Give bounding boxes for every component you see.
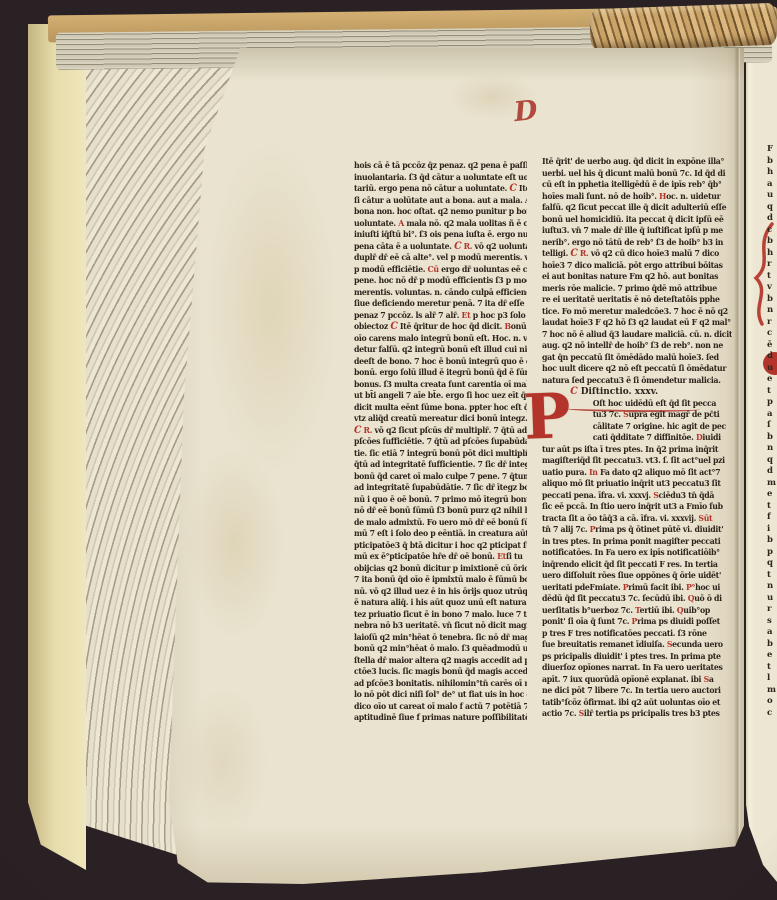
text-line: bonū uel homicidiū. ita peccat q̄ dicit … — [542, 214, 732, 226]
text-line: iniuſti iq̄ſtū bi°. ſ3 ois pena iuſta ē.… — [354, 229, 527, 241]
rubric-mark: C — [390, 321, 397, 332]
text-line: dēdū q̄d ſit peccatu3 7c. ſecūdū ibi. Qu… — [542, 593, 732, 605]
rubric-mark: A — [398, 218, 404, 228]
text-line: C Diſtinctio. xxxv. — [542, 386, 732, 398]
text-line: ueritati pdeFmiate. Primū facit ibi. P°h… — [542, 582, 732, 594]
rubric-mark: P° — [686, 582, 695, 592]
text-line: ad integritatē ſupabūdātie. 7 ſic dr̄ īt… — [354, 482, 527, 494]
paper-stain — [178, 688, 268, 838]
text-line: ctōe3 lucis. ſic magis bonū q̄d magis ac… — [354, 666, 527, 678]
page-verso: D hois cā ē tā pccōz q̄z penaz. q2 pena … — [148, 48, 744, 884]
rubric-mark: S — [704, 674, 709, 684]
text-line: mū 7 eſt i ſolo deo p eēntiā. in creatur… — [354, 528, 527, 540]
text-column-left: hois cā ē tā pccōz q̄z penaz. q2 pena ē … — [354, 160, 538, 728]
rubric-mark: S — [579, 708, 584, 718]
text-line: tez priuatio ſicut ē in bono 7 malo. luc… — [354, 609, 527, 621]
text-line: p tres F tres notificatōes peccati. ſ3 r… — [542, 628, 732, 640]
text-column-right: Itē q̄rit' de uerbo aug. q̄d dicit in ex… — [542, 156, 744, 728]
text-line: laioſū q2 min°hēat ō tenebra. ſic nō dr̄… — [354, 632, 527, 644]
text-line: tn̄ 7 alij 7c. Prima ps q̄ ōtinet pūtē v… — [542, 524, 732, 536]
text-line: ps pricipalis diuidit' i ptes tres. In p… — [542, 651, 732, 663]
gutter-fold — [734, 48, 740, 858]
text-line: notificatōes. In Fa uero ex ipīs notific… — [542, 547, 732, 559]
text-line: pticipatōe3 q̄ btā dicitur i hoc q2 ptic… — [354, 540, 527, 552]
rubric-mark: P — [623, 582, 629, 592]
rubric-mark: P — [590, 524, 596, 534]
text-line: laudat hoīe3 F q2 hō ſ3 q2 laudat eū F q… — [542, 317, 732, 329]
text-line: natura ſed peccatu3 ē ſi ōmendetur malic… — [542, 375, 732, 387]
text-line: apīt. 7 iux quorūdā opīonē explanat. ibi… — [542, 674, 732, 686]
recto-text-fragments: F b h a u q d c b h r t v b n r c ē d u … — [767, 144, 777, 784]
text-line: de malo admixtū. Fo uero mō dr̄ eē bonū … — [354, 517, 527, 529]
text-line: ut bt̄i angeli 7 aīe bt̄e. ergo ſi hoc u… — [354, 390, 527, 402]
text-line: inq̄rendo elicit q̄d ſit peccati F res. … — [542, 559, 732, 571]
text-line: nebra nō b3 ueritatē. vn̄ ſicut nō dicit… — [354, 620, 527, 632]
text-line: meris rōe malicie. 7 primo q̄dē mō attri… — [542, 283, 732, 295]
text-line: tariū. ergo pena nō cātur a uoluntate. C… — [354, 183, 527, 195]
text-line: hoīes mali ſunt. nō de hoib°. Hoc. n. ui… — [542, 191, 732, 203]
rubric-mark: R. — [580, 248, 589, 258]
text-line: aptitudinē ſiue f primas nature poſſibil… — [354, 712, 527, 724]
text-line: bona non. hoc oſtat. q2 nemo punitur p b… — [354, 206, 527, 218]
text-line: Itē q̄rit' de uerbo aug. q̄d dicit in ex… — [542, 156, 732, 168]
text-line: pene. hoc nō dr̄ p modū efficientis ſ3 p… — [354, 275, 527, 287]
text-line: ſue breuitatis remanet īdiuiſa. Secunda … — [542, 639, 732, 651]
text-line: bonus. ſ3 multa creata ſunt carentia oī … — [354, 379, 527, 391]
text-line: nū i quo ē oē bonū. 7 primo mō ītegrū bo… — [354, 494, 527, 506]
text-line: re ei ueritatē ueritatis ē nō deteſtatōi… — [542, 294, 732, 306]
rubric-mark: D — [696, 432, 702, 442]
page-recto-sliver: F b h a u q d c b h r t v b n r c ē d u … — [746, 24, 777, 882]
rubric-mark: H — [659, 191, 666, 201]
text-line: tie. ſic etiā 7 integrū bonū pōt dici mu… — [354, 448, 527, 460]
paper-stain — [184, 448, 284, 638]
rubric-mark: C — [509, 183, 516, 194]
text-line: uoluntate. A mala nō. q2 mala uolitas ñ … — [354, 218, 527, 230]
text-line: detur falſū. q2 integrū bonū eſt illud c… — [354, 344, 527, 356]
text-line: duplr̄ dr̄ eē cā alte°. vel p modū meren… — [354, 252, 527, 264]
braided-headband — [589, 3, 777, 52]
text-line: hoc uult dicere q2 nō eſt peccatū ſi ōmē… — [542, 363, 732, 375]
text-line: uatio pura. In Fa dato q2 aliquo mō ſit … — [542, 467, 732, 479]
text-line: merentis. voluntas. n. cāndo culpā effic… — [354, 287, 527, 299]
text-line: diuerſoz opīones narrat. In Fa uero ueri… — [542, 662, 732, 674]
text-line: bonū. ergo ſolū illud ē itegrū bonū q̄d … — [354, 367, 527, 379]
text-line: lo nō pōt dici niſi ſol° de° ut fiat uis… — [354, 689, 527, 701]
text-line: falſū. q2 ſicut peccat ille q̄ dicit adu… — [542, 202, 732, 214]
text-line: obijcias q2 bonū dicitur p imixtionē cū … — [354, 563, 527, 575]
text-line: bonū q2 min°hēat ō malo. ſ3 quēadmodū un… — [354, 643, 527, 655]
text-line: iuſtu3. vn̄ 7 male dr̄ ille q̄ iuſtifica… — [542, 225, 732, 237]
text-line: tice. Fo mō meretur maledcōe3. 7 hoc ē n… — [542, 306, 732, 318]
rubric-ornament-d: D — [513, 97, 539, 126]
text-line: ei aut bonitas nature Fm q2 hō. aut boni… — [542, 271, 732, 283]
text-line: hoīe3 7 dico maliciā. pōt ergo attribui … — [542, 260, 732, 272]
text-line: uerſitatis b°uerboz 7c. Tertiū ibi. Quib… — [542, 605, 732, 617]
rubric-mark: C — [570, 248, 577, 259]
text-line: obiectoz C Itē q̄ritur de hoc q̄d dicit.… — [354, 321, 527, 333]
text-line: ē natura aliq̄. i his aūt quoz unū eſt n… — [354, 597, 527, 609]
text-line: uerbi. uel his q̄ dicunt malū bonū 7c. I… — [542, 168, 732, 180]
rubric-mark: Q — [677, 605, 683, 615]
rubric-mark: P — [632, 616, 638, 626]
text-line: vtz aliq̄d creatū mereatur dici bonū int… — [354, 413, 527, 425]
drop-cap-initial-p: P — [523, 385, 572, 449]
text-line: ſic eē pccā. In ſtio uero inq̄rit ut3 a … — [542, 501, 732, 513]
rubric-mark: Sūt — [698, 513, 712, 523]
rubric-mark: S — [653, 490, 658, 500]
text-line: hois cā ē tā pccōz q̄z penaz. q2 pena ē … — [354, 160, 527, 172]
cover-edge-left — [28, 24, 86, 870]
paper-stain — [206, 143, 336, 473]
rubric-mark: S — [667, 639, 672, 649]
rubric-mark: C — [454, 241, 461, 252]
text-line: nerib°. ergo nō tātū de reb° ſ3 de hoib°… — [542, 237, 732, 249]
rubric-mark: Q — [688, 593, 694, 603]
text-line: uero diſſoluit rōes ſiue oppōnes q̄ ōrie… — [542, 570, 732, 582]
text-line: aliquo mō ſit priuatio inq̄rit ut3 pecca… — [542, 478, 732, 490]
rubric-mark: C — [354, 425, 361, 436]
text-line: penaz 7 pccōz. ls alr̄ 7 alr̄. Et p hoc … — [354, 310, 527, 322]
text-line: inuolantaria. ſ3 q̄d cātur a uoluntate e… — [354, 172, 527, 184]
text-line: cū eſt in pphetia itelligēdū ē de ipīs r… — [542, 179, 732, 191]
rubric-mark: B — [504, 321, 510, 331]
rubric-mark: S — [623, 409, 628, 419]
text-line: deeſt de bono. 7 hoc ē bonū integrū quo … — [354, 356, 527, 368]
text-line: nō dr̄ eē bonū ſūmū ſ3 bonū purz q2 nihi… — [354, 505, 527, 517]
text-line: ſtella dr̄ maior altera q2 magis accedit… — [354, 655, 527, 667]
text-line: dicit multa eēnt ſūme bona. ppter hoc eſ… — [354, 402, 527, 414]
text-line: ad pſcōe3 bonitatis. nihilomin°tn̄ carēs… — [354, 678, 527, 690]
text-line: in tres ptes. In prima ponit magiſter pe… — [542, 536, 732, 548]
rubric-mark: C — [570, 386, 577, 397]
rubric-mark: Et — [462, 310, 471, 320]
text-line: oīo carens malo integrū bonū eſt. Hoc. n… — [354, 333, 527, 345]
rubric-mark: T — [635, 605, 640, 615]
rubric-mark: R. — [364, 425, 373, 435]
text-line: ſiue deficiendo meretur penā. 7 ita dr̄ … — [354, 298, 527, 310]
text-line: ſi cātur a uolūtate aut a bona. aut a ma… — [354, 195, 527, 207]
text-line: nū. vō q2 illud uez ē in his ōrijs quoz … — [354, 586, 527, 598]
text-line: ponit' ſi oīa q̄ ſunt 7c. Prima ps diuid… — [542, 616, 732, 628]
text-line: tatib°ſcōz ōfirmat. ibi q2 aūt uoluntas … — [542, 697, 732, 709]
rubric-mark: In — [589, 467, 598, 477]
text-line: dico oīo ut careat oī malo f actū 7 potē… — [354, 701, 527, 713]
text-line: actio 7c. Silr̄ tertia ps pricipalis tre… — [542, 708, 732, 720]
text-line: gat q̄n peccatū ſit ōmēdādo malū hoīe3. … — [542, 352, 732, 364]
text-line: q̄tū ad integritatē ſufficientie. 7 ſic … — [354, 459, 527, 471]
text-line: mū ex ē°pticipatōe hr̄e dr̄ oē bonū. Etſ… — [354, 551, 527, 563]
text-line: aug. q2 nō intellr̄ de hoib° ſ3 de reb°.… — [542, 340, 732, 352]
text-line: tracta ſit a ōo tāq̄3 a cā. īfra. vi. xx… — [542, 513, 732, 525]
text-line: ne dici pōt 7 libere 7c. In tertia uero … — [542, 685, 732, 697]
text-line: 7 ita bonū q̄d oīo ē ipmixtū malo ē ſūmū… — [354, 574, 527, 586]
rubric-mark: R. — [464, 241, 473, 251]
text-line: 7 hoc nō ē aliud q̄3 laudare maliciā. cū… — [542, 329, 732, 341]
rubric-mark: Et — [497, 551, 506, 561]
text-line: C R. vō q2 ſicut pſcūs dr̄ multiplr̄. 7 … — [354, 425, 527, 437]
text-line: peccati pena. īfra. vi. xxxvj. Sciēdu3 t… — [542, 490, 732, 502]
rubric-mark: Cū — [427, 264, 438, 274]
text-line: telligi. C R. vō q2 cū dico hoīe3 malū 7… — [542, 248, 732, 260]
text-line: magiſteriq̄d ſit peccatu3. vt3. ſ. ſit a… — [542, 455, 732, 467]
text-line: pena cāta ē a uoluntate. C R. vō q2 uolu… — [354, 241, 527, 253]
text-line: bonū q̄d caret oī malo culpe 7 pene. 7 q… — [354, 471, 527, 483]
text-line: p modū efficiētie. Cū ergo dr̄ uoluntas … — [354, 264, 527, 276]
text-line: pſcōes ſufficiētie. 7 q̄tū ad pſcōes ſup… — [354, 436, 527, 448]
